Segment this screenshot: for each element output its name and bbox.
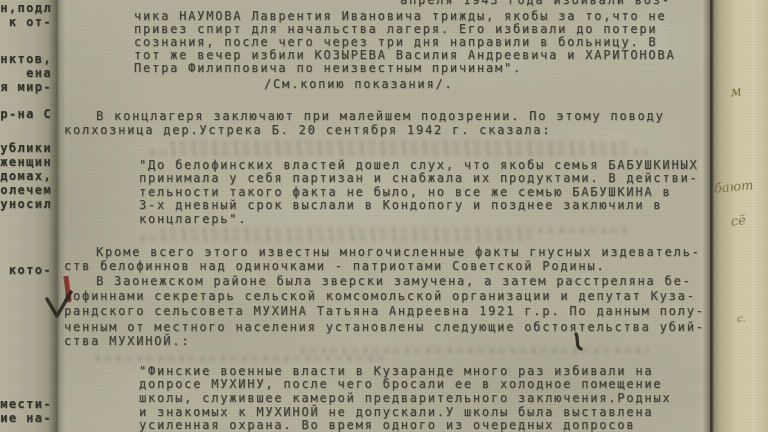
text-line: рандского сельсовета МУХИНА Татьяна Андр… bbox=[64, 305, 705, 317]
text-line: колхозница дер.Устрека Б. 20 сентября 19… bbox=[64, 124, 551, 136]
text-line-clipped-top: апреля 1943 года избивали воз- bbox=[400, 0, 671, 6]
text-line: ченным от местного населения установлены… bbox=[64, 321, 705, 333]
text-line: и знакомых к МУХИНОЙ не допускали.У школ… bbox=[139, 406, 653, 418]
text-line: В концлагеря заключают при малейшем подо… bbox=[96, 110, 665, 122]
text-line: допросе МУХИНУ, после чего бросали ее в … bbox=[139, 378, 662, 390]
left-page-fragment: домах, bbox=[0, 170, 52, 182]
left-page-fragment: гр-на С bbox=[0, 108, 52, 120]
text-line: школы, служившее камерой предварительног… bbox=[139, 392, 671, 404]
left-page-fragment: для мир- bbox=[0, 81, 52, 93]
text-line: В Заонежском районе была зверски замучен… bbox=[96, 275, 692, 287]
text-line: сознания, после чего через три дня напра… bbox=[134, 36, 657, 48]
text-line-clipped-bottom: усиленная охрана. Во время одного из оче… bbox=[139, 419, 635, 431]
text-line: "Финские военные власти в Кузаранде мног… bbox=[139, 365, 653, 377]
text-line-see-copy-note: /См.копию показания/. bbox=[264, 78, 454, 90]
text-line: принимала у себя партизан и снабжала их … bbox=[139, 172, 699, 184]
left-page-fragment: ние на- bbox=[0, 412, 52, 424]
text-line: лофиннами секретарь сельской комсомольск… bbox=[64, 290, 696, 302]
text-line: чика НАУМОВА Лаврентия Ивановича трижды,… bbox=[134, 10, 666, 22]
handwritten-note: сё bbox=[730, 213, 747, 230]
text-line: ства МУХИНОЙ.: bbox=[64, 335, 190, 347]
text-line: тельности такого факта не было, но все ж… bbox=[139, 186, 671, 198]
text-line: Кроме всего этого известны многочисленны… bbox=[96, 246, 701, 258]
left-page-fragment: женщин bbox=[0, 156, 52, 168]
text-line: "До белофинских властей дошел слух, что … bbox=[139, 159, 699, 171]
handwritten-note: м bbox=[729, 83, 742, 100]
left-page-fragment: дан,подл bbox=[0, 2, 52, 14]
left-page-fragment: олечем bbox=[0, 184, 52, 196]
text-line: тот же вечер избили КОЗЫРЕВА Василия Анд… bbox=[134, 49, 675, 61]
left-page-fragment: пунктов, bbox=[0, 53, 52, 65]
left-page-fragment: спублики bbox=[0, 142, 52, 154]
text-line: Петра Филипповича по неизвестным причина… bbox=[134, 62, 522, 74]
text-line: 3-х дневный срок выслали в Кондопогу и п… bbox=[139, 199, 662, 211]
text-line: привез спирт для начальства лагеря. Его … bbox=[134, 23, 657, 35]
text-line: ств белофиннов над одиночками - патриота… bbox=[64, 260, 605, 272]
left-page-fragment: в кото- bbox=[0, 264, 52, 276]
handwritten-note: с. bbox=[737, 314, 746, 325]
document-scan: апреля 1943 года избивали воз- чика НАУМ… bbox=[0, 0, 768, 432]
left-page-fragment: ю к от- bbox=[0, 16, 52, 28]
left-page-fragment: мести- bbox=[0, 398, 52, 410]
left-page-fragment: уносил bbox=[0, 198, 52, 210]
text-line: концлагерь". bbox=[139, 213, 247, 225]
left-page-fragment: ена bbox=[26, 67, 52, 79]
